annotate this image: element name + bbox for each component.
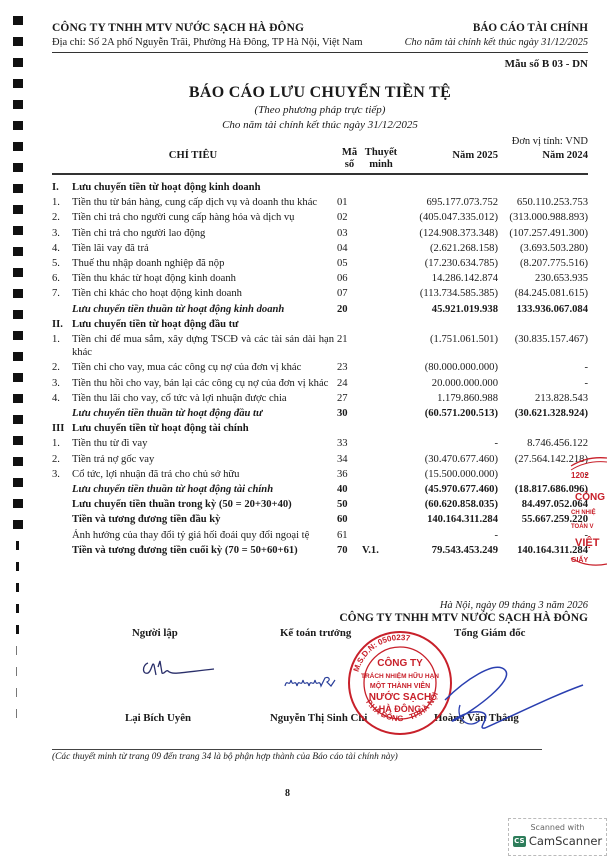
- name-preparer: Lại Bích Uyên: [125, 712, 191, 724]
- table-row: 4.Tiền lãi vay đã trả04(2.621.268.158)(3…: [52, 241, 588, 256]
- role-preparer: Người lập: [132, 627, 178, 639]
- binding-hole: [13, 478, 23, 487]
- row-label: Tiền chi trả cho người lao động: [72, 226, 334, 241]
- value-2024: [498, 317, 588, 332]
- row-note: [362, 528, 400, 543]
- row-note: [362, 226, 400, 241]
- binding-hole: [16, 646, 17, 655]
- binding-hole: [13, 310, 23, 319]
- binding-hole: [16, 541, 19, 550]
- binding-hole: [16, 604, 19, 613]
- row-note: [362, 512, 400, 527]
- row-index: 1.: [52, 195, 72, 210]
- row-index: [52, 482, 72, 497]
- table-row: Lưu chuyển tiền thuần từ hoạt động đầu t…: [52, 406, 588, 421]
- binding-hole: [16, 625, 19, 634]
- row-note: [362, 256, 400, 271]
- row-code: 36: [334, 467, 362, 482]
- row-index: 3.: [52, 467, 72, 482]
- row-note: [362, 391, 400, 406]
- row-note: [362, 317, 400, 332]
- binding-hole: [13, 499, 23, 508]
- page-number: 8: [285, 788, 290, 799]
- row-label: Tiền chi để mua sắm, xây dựng TSCĐ và cá…: [72, 332, 334, 360]
- table-row: 4.Tiền thu lãi cho vay, cổ tức và lợi nh…: [52, 391, 588, 406]
- row-label: Ảnh hưởng của thay đổi tỷ giá hối đoái q…: [72, 528, 334, 543]
- row-index: I.: [52, 174, 72, 195]
- table-row: 3.Tiền chi trả cho người lao động03(124.…: [52, 226, 588, 241]
- row-label: Tiền trả nợ gốc vay: [72, 452, 334, 467]
- row-code: 07: [334, 286, 362, 301]
- currency-unit: Đơn vị tính: VND: [52, 136, 588, 147]
- row-note: [362, 360, 400, 375]
- camscanner-watermark: Scanned with CS CamScanner: [508, 818, 607, 856]
- value-2024: -: [498, 360, 588, 375]
- binding-hole: [16, 667, 17, 676]
- value-2024: [498, 174, 588, 195]
- value-2025: -: [400, 436, 498, 451]
- row-code: 50: [334, 497, 362, 512]
- header-note: Thuyết minh: [362, 147, 400, 174]
- table-row: 2.Tiền trả nợ gốc vay34(30.470.677.460)(…: [52, 452, 588, 467]
- row-label: Lưu chuyển tiền thuần từ hoạt động kinh …: [72, 302, 334, 317]
- row-index: 3.: [52, 226, 72, 241]
- row-code: [334, 421, 362, 436]
- row-note: [362, 241, 400, 256]
- row-note: [362, 210, 400, 225]
- header-period: Cho năm tài chính kết thúc ngày 31/12/20…: [405, 37, 588, 48]
- row-label: Tiền thu khác từ hoạt động kinh doanh: [72, 271, 334, 286]
- company-name: CÔNG TY TNHH MTV NƯỚC SẠCH HÀ ĐÔNG: [52, 22, 304, 34]
- row-note: [362, 302, 400, 317]
- row-label: Tiền thu từ đi vay: [72, 436, 334, 451]
- role-chief-accountant: Kế toán trưởng: [280, 627, 351, 639]
- binding-hole: [13, 37, 23, 46]
- director-signature: [385, 640, 585, 735]
- binding-hole: [13, 373, 23, 382]
- binding-hole: [13, 415, 23, 424]
- row-index: 2.: [52, 210, 72, 225]
- row-label: Tiền và tương đương tiền đầu kỳ: [72, 512, 334, 527]
- row-index: [52, 406, 72, 421]
- header-item: CHỈ TIÊU: [52, 147, 334, 174]
- value-2025: (30.470.677.460): [400, 452, 498, 467]
- row-code: [334, 174, 362, 195]
- table-row: 1.Tiền thu từ bán hàng, cung cấp dịch vụ…: [52, 195, 588, 210]
- company-address: Địa chỉ: Số 2A phố Nguyễn Trãi, Phường H…: [52, 37, 363, 48]
- table-row: Ảnh hưởng của thay đổi tỷ giá hối đoái q…: [52, 528, 588, 543]
- row-label: Lưu chuyển tiền từ hoạt động đầu tư: [72, 317, 334, 332]
- row-code: 40: [334, 482, 362, 497]
- row-code: 05: [334, 256, 362, 271]
- row-note: [362, 376, 400, 391]
- binding-hole: [13, 394, 23, 403]
- header-year-2024: Năm 2024: [498, 147, 588, 174]
- row-code: 04: [334, 241, 362, 256]
- table-row: 6.Tiền thu khác từ hoạt động kinh doanh0…: [52, 271, 588, 286]
- row-code: 21: [334, 332, 362, 360]
- role-general-director: Tổng Giám đốc: [454, 627, 525, 639]
- camscanner-logo-icon: CS: [513, 836, 526, 847]
- binding-hole: [13, 121, 23, 130]
- footer-divider: [52, 749, 542, 750]
- row-label: Tiền và tương đương tiền cuối kỳ (70 = 5…: [72, 543, 334, 558]
- value-2025: (17.230.634.785): [400, 256, 498, 271]
- row-label: Lưu chuyển tiền thuần từ hoạt động tài c…: [72, 482, 334, 497]
- row-note: [362, 174, 400, 195]
- row-note: [362, 467, 400, 482]
- row-code: 23: [334, 360, 362, 375]
- binding-hole: [13, 163, 23, 172]
- row-label: Cổ tức, lợi nhuận đã trả cho chủ sở hữu: [72, 467, 334, 482]
- row-index: [52, 512, 72, 527]
- value-2025: 20.000.000.000: [400, 376, 498, 391]
- table-row: Tiền và tương đương tiền đầu kỳ60140.164…: [52, 512, 588, 527]
- value-2025: 1.179.860.988: [400, 391, 498, 406]
- section-row: II.Lưu chuyển tiền từ hoạt động đầu tư: [52, 317, 588, 332]
- row-index: 6.: [52, 271, 72, 286]
- row-code: 24: [334, 376, 362, 391]
- value-2025: [400, 174, 498, 195]
- binding-hole: [13, 205, 23, 214]
- binding-hole: [13, 520, 23, 529]
- row-label: Tiền lãi vay đã trả: [72, 241, 334, 256]
- table-row: Lưu chuyển tiền thuần từ hoạt động tài c…: [52, 482, 588, 497]
- chief-accountant-signature: [283, 672, 343, 692]
- table-row: Lưu chuyển tiền thuần từ hoạt động kinh …: [52, 302, 588, 317]
- binding-hole: [13, 268, 23, 277]
- value-2025: (60.571.200.513): [400, 406, 498, 421]
- report-title: BÁO CÁO LƯU CHUYỂN TIỀN TỆ: [52, 84, 588, 102]
- row-label: Tiền thu từ bán hàng, cung cấp dịch vụ v…: [72, 195, 334, 210]
- value-2024: (3.693.503.280): [498, 241, 588, 256]
- value-2024: (107.257.491.300): [498, 226, 588, 241]
- header-code: Mã số: [334, 147, 362, 174]
- row-index: [52, 543, 72, 558]
- row-note: [362, 332, 400, 360]
- table-row: 1.Tiền chi để mua sắm, xây dựng TSCĐ và …: [52, 332, 588, 360]
- binding-hole: [13, 79, 23, 88]
- binding-hole: [13, 247, 23, 256]
- row-index: II.: [52, 317, 72, 332]
- row-code: 06: [334, 271, 362, 286]
- row-code: 61: [334, 528, 362, 543]
- value-2024: 230.653.935: [498, 271, 588, 286]
- value-2024: (30.835.157.467): [498, 332, 588, 360]
- value-2025: (2.621.268.158): [400, 241, 498, 256]
- row-note: [362, 271, 400, 286]
- binding-hole: [16, 562, 19, 571]
- binding-hole: [13, 436, 23, 445]
- report-kind: BÁO CÁO TÀI CHÍNH: [473, 22, 588, 34]
- row-label: Tiền chi trả cho người cung cấp hàng hóa…: [72, 210, 334, 225]
- row-note: V.1.: [362, 543, 400, 558]
- binding-hole: [13, 226, 23, 235]
- row-note: [362, 421, 400, 436]
- row-label: Tiền thu lãi cho vay, cổ tức và lợi nhuậ…: [72, 391, 334, 406]
- svg-text:TOÁN V: TOÁN V: [571, 523, 594, 530]
- value-2024: (84.245.081.615): [498, 286, 588, 301]
- value-2025: 695.177.073.752: [400, 195, 498, 210]
- value-2025: (15.500.000.000): [400, 467, 498, 482]
- binding-hole: [16, 688, 17, 697]
- binding-hole: [13, 352, 23, 361]
- cash-flow-table: CHỈ TIÊU Mã số Thuyết minh Năm 2025 Năm …: [52, 147, 588, 558]
- row-note: [362, 497, 400, 512]
- table-row: 2.Tiền chi cho vay, mua các công cụ nợ c…: [52, 360, 588, 375]
- row-code: 60: [334, 512, 362, 527]
- row-label: Thuế thu nhập doanh nghiệp đã nộp: [72, 256, 334, 271]
- value-2025: (80.000.000.000): [400, 360, 498, 375]
- binding-hole: [13, 457, 23, 466]
- table-row: 2.Tiền chi trả cho người cung cấp hàng h…: [52, 210, 588, 225]
- table-row: Lưu chuyển tiền thuần trong kỳ (50 = 20+…: [52, 497, 588, 512]
- row-index: 2.: [52, 360, 72, 375]
- table-header-row: CHỈ TIÊU Mã số Thuyết minh Năm 2025 Năm …: [52, 147, 588, 174]
- value-2025: 79.543.453.249: [400, 543, 498, 558]
- value-2025: (113.734.585.385): [400, 286, 498, 301]
- table-row: 5.Thuế thu nhập doanh nghiệp đã nộp05(17…: [52, 256, 588, 271]
- binding-hole: [16, 583, 19, 592]
- row-index: 5.: [52, 256, 72, 271]
- row-label: Lưu chuyển tiền từ hoạt động kinh doanh: [72, 174, 334, 195]
- row-index: 4.: [52, 241, 72, 256]
- svg-text:1202: 1202: [571, 471, 589, 480]
- row-code: 20: [334, 302, 362, 317]
- value-2025: (60.620.858.035): [400, 497, 498, 512]
- svg-text:CÔNG: CÔNG: [575, 490, 605, 503]
- report-method: (Theo phương pháp trực tiếp): [52, 104, 588, 116]
- binding-hole: [13, 58, 23, 67]
- row-note: [362, 436, 400, 451]
- report-period: Cho năm tài chính kết thúc ngày 31/12/20…: [52, 119, 588, 131]
- svg-text:VIỆT: VIỆT: [575, 536, 600, 549]
- row-note: [362, 406, 400, 421]
- svg-text:GIẤY: GIẤY: [571, 554, 588, 564]
- row-note: [362, 286, 400, 301]
- table-row: Tiền và tương đương tiền cuối kỳ (70 = 5…: [52, 543, 588, 558]
- row-label: Tiền chi khác cho hoạt động kinh doanh: [72, 286, 334, 301]
- row-code: 34: [334, 452, 362, 467]
- auditor-stamp-fragment: 1202CÔNGCH NHIỆTOÁN VVIỆTGIẤY: [567, 452, 607, 572]
- row-index: [52, 302, 72, 317]
- binding-hole: [13, 331, 23, 340]
- value-2025: [400, 317, 498, 332]
- binding-hole: [13, 142, 23, 151]
- sign-company: CÔNG TY TNHH MTV NƯỚC SẠCH HÀ ĐÔNG: [52, 612, 588, 624]
- row-index: 1.: [52, 332, 72, 360]
- row-code: 27: [334, 391, 362, 406]
- row-label: Tiền chi cho vay, mua các công cụ nợ của…: [72, 360, 334, 375]
- section-row: I.Lưu chuyển tiền từ hoạt động kinh doan…: [52, 174, 588, 195]
- binding-hole: [13, 100, 23, 109]
- row-label: Lưu chuyển tiền từ hoạt động tài chính: [72, 421, 334, 436]
- section-row: IIILưu chuyển tiền từ hoạt động tài chín…: [52, 421, 588, 436]
- row-index: 2.: [52, 452, 72, 467]
- value-2025: 140.164.311.284: [400, 512, 498, 527]
- watermark-brand: CamScanner: [529, 834, 602, 848]
- row-code: 30: [334, 406, 362, 421]
- row-code: [334, 317, 362, 332]
- value-2025: (45.970.677.460): [400, 482, 498, 497]
- header-year-2025: Năm 2025: [400, 147, 498, 174]
- value-2025: (124.908.373.348): [400, 226, 498, 241]
- value-2024: 8.746.456.122: [498, 436, 588, 451]
- row-index: 4.: [52, 391, 72, 406]
- row-code: 01: [334, 195, 362, 210]
- value-2025: (1.751.061.501): [400, 332, 498, 360]
- row-note: [362, 452, 400, 467]
- row-note: [362, 195, 400, 210]
- binding-holes: [13, 16, 27, 730]
- binding-hole: [16, 709, 17, 718]
- row-code: 70: [334, 543, 362, 558]
- row-index: 7.: [52, 286, 72, 301]
- value-2024: 650.110.253.753: [498, 195, 588, 210]
- row-index: [52, 497, 72, 512]
- row-index: III: [52, 421, 72, 436]
- row-index: 3.: [52, 376, 72, 391]
- value-2024: (30.621.328.924): [498, 406, 588, 421]
- form-number: Mẫu số B 03 - DN: [52, 58, 588, 70]
- value-2025: (405.047.335.012): [400, 210, 498, 225]
- value-2024: (8.207.775.516): [498, 256, 588, 271]
- value-2025: [400, 421, 498, 436]
- row-label: Tiền thu hồi cho vay, bán lại các công c…: [72, 376, 334, 391]
- row-index: [52, 528, 72, 543]
- table-row: 1.Tiền thu từ đi vay33-8.746.456.122: [52, 436, 588, 451]
- binding-hole: [13, 16, 23, 25]
- row-index: 1.: [52, 436, 72, 451]
- value-2024: (313.000.988.893): [498, 210, 588, 225]
- table-row: 7.Tiền chi khác cho hoạt động kinh doanh…: [52, 286, 588, 301]
- value-2024: [498, 421, 588, 436]
- value-2024: 213.828.543: [498, 391, 588, 406]
- table-row: 3.Tiền thu hồi cho vay, bán lại các công…: [52, 376, 588, 391]
- preparer-signature: [138, 655, 218, 685]
- row-code: 02: [334, 210, 362, 225]
- table-row: 3.Cổ tức, lợi nhuận đã trả cho chủ sở hữ…: [52, 467, 588, 482]
- signature-block: Hà Nội, ngày 09 tháng 3 năm 2026 CÔNG TY…: [52, 600, 588, 641]
- row-label: Lưu chuyển tiền thuần từ hoạt động đầu t…: [72, 406, 334, 421]
- value-2025: 45.921.019.938: [400, 302, 498, 317]
- row-label: Lưu chuyển tiền thuần trong kỳ (50 = 20+…: [72, 497, 334, 512]
- document-page: CÔNG TY TNHH MTV NƯỚC SẠCH HÀ ĐÔNG BÁO C…: [52, 22, 588, 558]
- row-code: 03: [334, 226, 362, 241]
- footer-note: (Các thuyết minh từ trang 09 đến trang 3…: [52, 752, 398, 762]
- row-note: [362, 482, 400, 497]
- value-2024: 133.936.067.084: [498, 302, 588, 317]
- sign-place-date: Hà Nội, ngày 09 tháng 3 năm 2026: [52, 600, 588, 611]
- value-2024: -: [498, 376, 588, 391]
- binding-hole: [13, 184, 23, 193]
- binding-hole: [13, 289, 23, 298]
- value-2025: -: [400, 528, 498, 543]
- watermark-caption: Scanned with: [509, 823, 606, 832]
- svg-text:CH NHIỆ: CH NHIỆ: [571, 508, 596, 516]
- value-2025: 14.286.142.874: [400, 271, 498, 286]
- header-divider: [52, 52, 588, 53]
- row-code: 33: [334, 436, 362, 451]
